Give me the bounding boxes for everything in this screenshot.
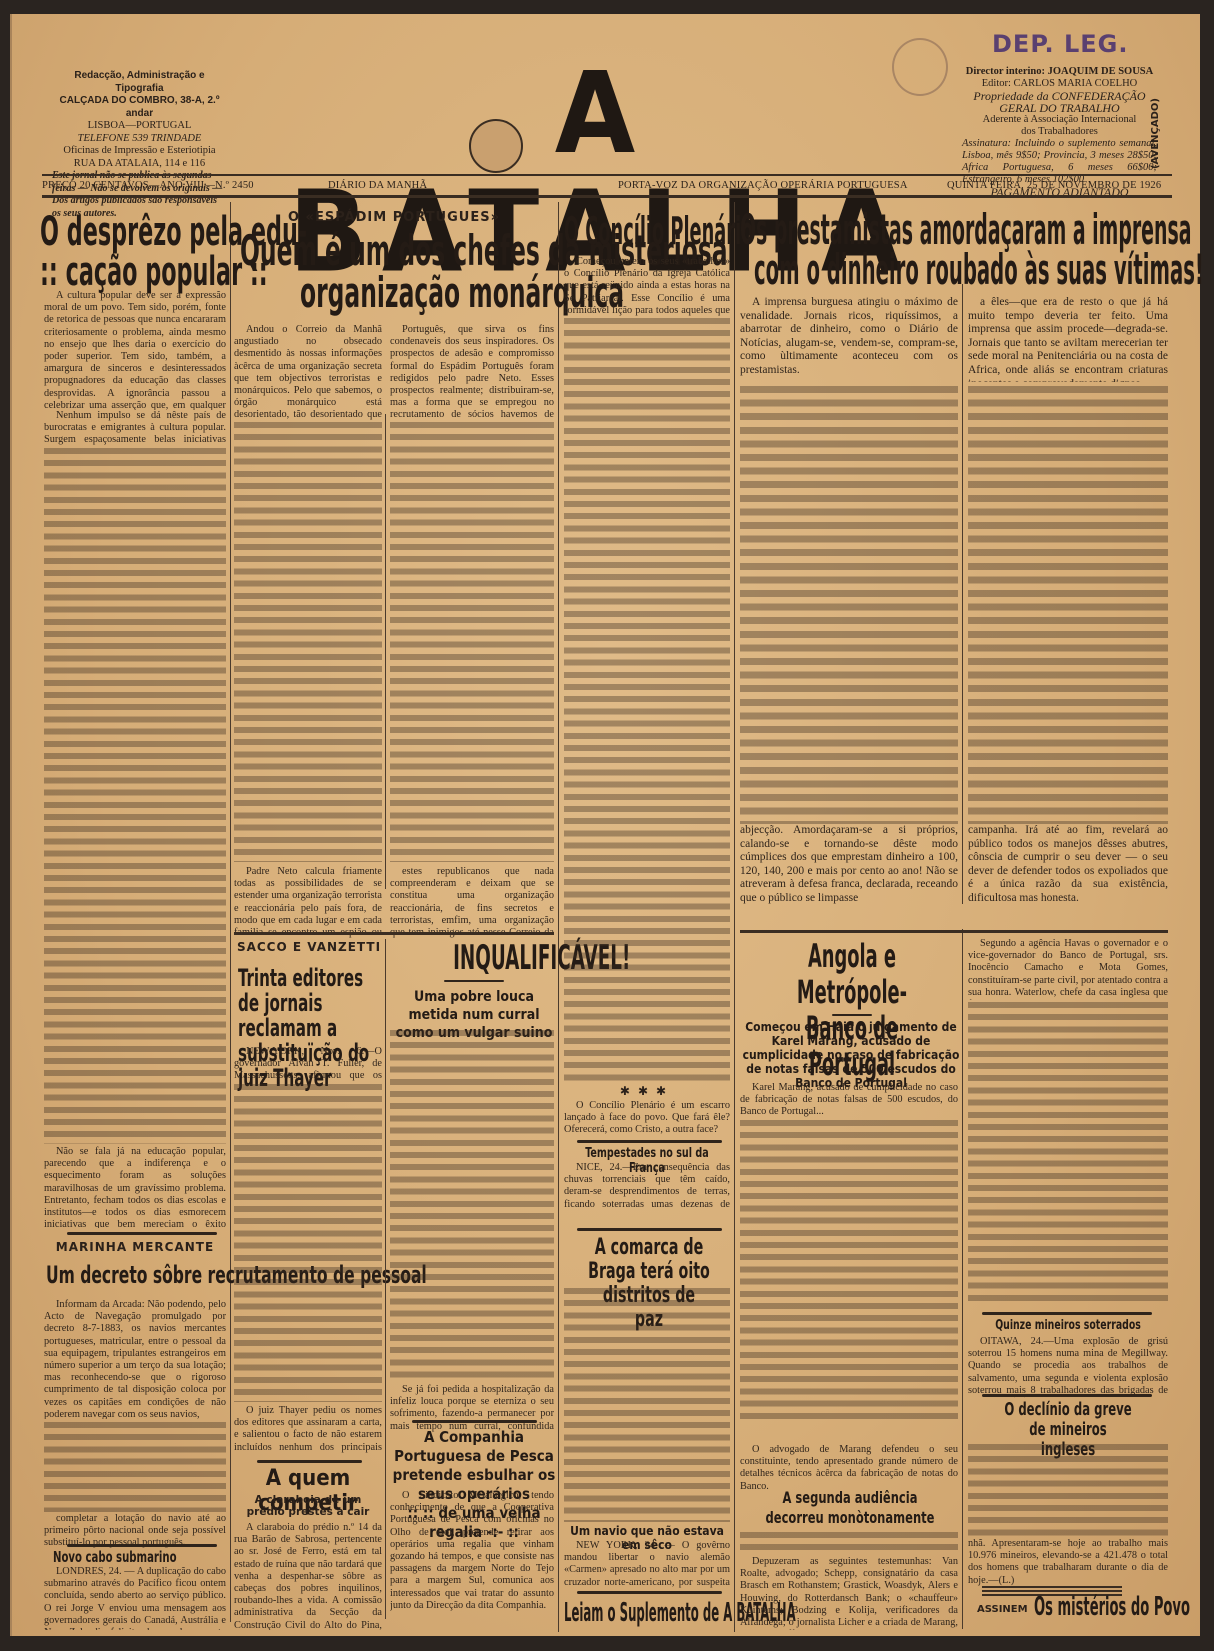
article-text-block bbox=[740, 1120, 958, 1420]
article-cabo-body: LONDRES, 24. — A duplicação do cabo subm… bbox=[44, 1566, 226, 1630]
article-tempestades-body: NICE, 24.—Em consequência das chuvas tor… bbox=[564, 1162, 730, 1212]
column-divider bbox=[230, 202, 231, 1622]
issue-date: QUINTA FEIRA, 25 DE NOVEMBRO DE 1926 bbox=[947, 180, 1161, 191]
price-issue: PREÇO 20 CENTAVOS—ANO VIII—N.º 2450 bbox=[42, 180, 254, 191]
article-text-block bbox=[968, 1002, 1168, 1302]
info-address: CALÇADA DO COMBRO, 38-A, 2.º andar bbox=[52, 95, 227, 120]
article-sacco-body: NEW-YORK, Nov. 6.—O governador Alvan T. … bbox=[234, 1046, 382, 1082]
article-text-block bbox=[564, 1288, 730, 1522]
affiliation-2: dos Trabalhadores bbox=[962, 126, 1157, 138]
article-prestamistas-col1: A imprensa burguesa atingiu o máximo de … bbox=[740, 296, 958, 382]
article-text-block bbox=[234, 422, 382, 862]
section-stars: ✱✱✱ bbox=[564, 1084, 730, 1099]
info-city: LISBOA—PORTUGAL bbox=[52, 120, 227, 133]
headline-marinha: Um decreto sôbre recrutamento de pessoal bbox=[46, 1262, 228, 1288]
subhead-claraboia: A claraboia de um prédio prestes a cair bbox=[234, 1494, 382, 1518]
article-educacao-body-2: Nenhum impulso se dá nêste país de buroc… bbox=[44, 410, 226, 446]
article-espadim-closing-2: estes republicanos que nada compreendera… bbox=[390, 866, 554, 938]
divider-ornament bbox=[412, 1420, 537, 1423]
divider-ornament bbox=[257, 1460, 362, 1463]
article-text-block bbox=[968, 1444, 1168, 1538]
article-educacao-body: A cultura popular deve ser a expressão m… bbox=[44, 290, 226, 410]
headline-mineiros: Quinze mineiros soterrados bbox=[968, 1318, 1168, 1333]
column-divider bbox=[385, 414, 386, 889]
ad-assinem-label: ASSINEM bbox=[977, 1604, 1028, 1615]
article-concilio-body: Começou ontem os seus «trabalhos» o Conc… bbox=[564, 256, 730, 316]
daily-label: DIÁRIO DA MANHÃ bbox=[328, 180, 427, 191]
article-espadim-col2: Português, que sirva os fins condenaveis… bbox=[390, 324, 554, 420]
divider-ornament bbox=[577, 1140, 722, 1143]
article-inqualificavel-closing: Se já foi pedida a hospitalização da inf… bbox=[390, 1384, 554, 1432]
headline-prestamistas: Os prestamistas amordaçaram a imprensa c… bbox=[740, 210, 1214, 290]
article-marinha-body: Informam da Arcada: Não podendo, pelo Ac… bbox=[44, 1299, 226, 1419]
article-prestamistas-col2: a êles—que era de resto o que já há muit… bbox=[968, 296, 1168, 382]
divider-ornament bbox=[982, 1394, 1152, 1397]
article-text-block bbox=[234, 1084, 382, 1402]
ad-misterios-do-povo[interactable]: Os mistérios do Povo bbox=[1034, 1592, 1214, 1622]
article-competir-body: A claraboia do prédio n.º 14 da rua Barã… bbox=[234, 1522, 382, 1630]
subhead-segunda-audiencia: A segunda audiência decorreu monòtonamen… bbox=[740, 1488, 960, 1528]
article-espadim-closing-1: Padre Neto calcula friamente todas as po… bbox=[234, 866, 382, 938]
article-angola-side: Segundo a agência Havas o governador e o… bbox=[968, 938, 1168, 1000]
kicker-espadim: O «ESPÁDIM PORTUGUES» bbox=[234, 210, 554, 225]
kicker-marinha: MARINHA MERCANTE bbox=[44, 1240, 226, 1254]
subscription-rates: Assinatura: Incluindo o suplemento seman… bbox=[962, 138, 1157, 186]
affiliation: Aderente à Associação Internacional bbox=[962, 114, 1157, 126]
divider-ornament bbox=[982, 1312, 1152, 1315]
article-text-block bbox=[564, 318, 730, 1084]
masthead-rule bbox=[42, 174, 1172, 176]
divider-ornament bbox=[67, 1232, 217, 1235]
info-workshops-address: RUA DA ATALAIA, 114 e 116 bbox=[52, 158, 227, 171]
article-angola-body: Karel Marang, acusado de cumplicidade no… bbox=[740, 1082, 958, 1118]
divider-ornament bbox=[444, 980, 504, 982]
info-line: Redacção, Administração e Tipografia bbox=[52, 70, 227, 95]
tagline: PORTA-VOZ DA ORGANIZAÇÃO OPERÁRIA PORTUG… bbox=[618, 180, 908, 191]
divider-ornament bbox=[832, 1014, 872, 1016]
article-prestamistas-end-2: campanha. Irá até ao fim, revelará ao pú… bbox=[968, 824, 1168, 924]
newspaper-page: Redacção, Administração e Tipografia CAL… bbox=[10, 14, 1200, 1636]
section-rule bbox=[234, 932, 554, 935]
owner-name: GERAL DO TRABALHO bbox=[962, 102, 1157, 114]
article-text-block bbox=[740, 1532, 958, 1556]
article-prestamistas-end-1: abjecção. Amordaçaram-se a si próprios, … bbox=[740, 824, 958, 924]
article-espadim-col1: Andou o Correio da Manhã angustiado no o… bbox=[234, 324, 382, 420]
article-sacco-closing: O juiz Thayer pediu os nomes dos editore… bbox=[234, 1405, 382, 1453]
column-divider bbox=[962, 929, 963, 1629]
deck-angola: Começou em Haia o julgamento de Karel Ma… bbox=[742, 1020, 960, 1090]
info-workshops: Oficinas de Impressão e Esteriotipia bbox=[52, 145, 227, 158]
divider-ornament bbox=[577, 1591, 722, 1594]
section-rule bbox=[740, 930, 1168, 933]
seal-emblem-icon bbox=[469, 119, 523, 173]
column-divider bbox=[962, 284, 963, 904]
masthead-rule-bottom bbox=[42, 195, 1172, 198]
column-divider bbox=[734, 202, 735, 1632]
article-angola-advogado: O advogado de Marang defendeu o seu cons… bbox=[740, 1444, 958, 1494]
director: Director interino: JOAQUIM DE SOUSA bbox=[962, 66, 1157, 78]
article-educacao-closing: Não se fala já na educação popular, pare… bbox=[44, 1146, 226, 1228]
editorial-info: Director interino: JOAQUIM DE SOUSA Edit… bbox=[962, 66, 1157, 198]
headline-inqualificavel: INQUALIFICÁVEL! bbox=[394, 938, 554, 978]
article-text-block bbox=[44, 448, 226, 1144]
kicker-sacco: SACCO E VANZETTI bbox=[234, 940, 384, 954]
article-text-block bbox=[44, 1422, 226, 1512]
column-divider bbox=[558, 202, 559, 1632]
article-text-block bbox=[740, 386, 958, 824]
newspaper-logo: A BATALHA bbox=[262, 54, 942, 173]
article-text-block bbox=[390, 422, 554, 862]
article-angola-witnesses: Depuzeram as seguintes testemunhas: Van … bbox=[740, 1556, 958, 1630]
library-stamp-icon bbox=[892, 38, 948, 96]
divider-ornament bbox=[577, 1228, 722, 1231]
legal-deposit-stamp: DEP. LEG. bbox=[992, 30, 1128, 58]
article-text-block bbox=[390, 1030, 554, 1384]
headline-cabo: Novo cabo submarino bbox=[44, 1548, 226, 1566]
article-text-block bbox=[968, 386, 1168, 824]
avencado-label: (AVENÇADO) bbox=[1150, 98, 1161, 169]
article-navio-body: NEW YORK, 24. — O govêrno mandou liberta… bbox=[564, 1540, 730, 1590]
article-concilio-closing: O Concílio Plenário é um escarro lançado… bbox=[564, 1100, 730, 1136]
article-pesca-body: O Sindicato Metalúrgico, tendo conhecime… bbox=[390, 1490, 554, 1630]
column-divider bbox=[385, 939, 386, 1619]
article-mineiros-body: OITAWA, 24.—Uma explosão de grisú soterr… bbox=[968, 1336, 1168, 1398]
article-greve-closing: nhã. Apresentaram-se hoje ao trabalho ma… bbox=[968, 1538, 1168, 1588]
info-phone: TELEFONE 539 TRINDADE bbox=[52, 133, 227, 146]
divider-ornament bbox=[67, 1544, 217, 1547]
